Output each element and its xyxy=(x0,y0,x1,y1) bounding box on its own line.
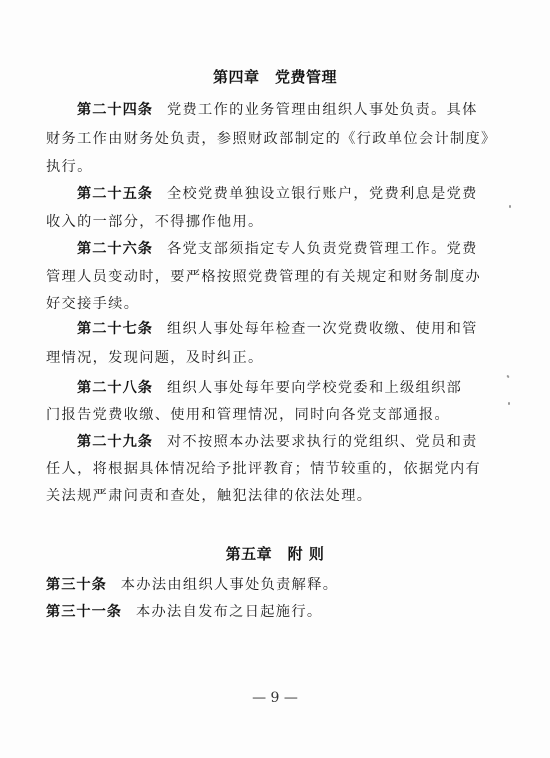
scan-speck xyxy=(508,402,510,405)
article-25: 第二十五条全校党费单独设立银行账户，党费利息是党费 xyxy=(77,183,478,203)
article-30: 第三十条本办法由组织人事处负责解释。 xyxy=(46,574,338,594)
article-27-line-2: 理情况，发现问题，及时纠正。 xyxy=(46,347,264,367)
article-label: 第二十九条 xyxy=(77,434,153,450)
article-24: 第二十四条党费工作的业务管理由组织人事处负责。具体 xyxy=(77,99,478,119)
article-29-line-3: 关法规严肃问责和查处，触犯法律的依法处理。 xyxy=(46,485,372,505)
article-24-line-2: 财务工作由财务处负责，参照财政部制定的《行政单位会计制度》 xyxy=(46,128,497,148)
document-page: 第四章 党费管理 第二十四条党费工作的业务管理由组织人事处负责。具体 财务工作由… xyxy=(0,0,550,758)
article-label: 第二十四条 xyxy=(77,102,153,118)
scan-speck xyxy=(509,205,511,208)
article-26-line-3: 好交接手续。 xyxy=(46,293,139,313)
scan-speck xyxy=(506,375,509,379)
article-24-line-3: 执行。 xyxy=(46,156,93,176)
article-28-line-2: 门报告党费收缴、使用和管理情况，同时向各党支部通报。 xyxy=(46,404,450,424)
article-25-line-2: 收入的一部分，不得挪作他用。 xyxy=(46,211,264,231)
article-29-line-2: 任人，将根据具体情况给予批评教育；情节较重的，依据党内有 xyxy=(46,458,481,478)
article-label: 第二十七条 xyxy=(77,321,153,337)
article-26-line-2: 管理人员变动时，要严格按照党费管理的有关规定和财务制度办 xyxy=(46,266,481,286)
article-31: 第三十一条本办法自发布之日起施行。 xyxy=(46,601,322,621)
article-28: 第二十八条组织人事处每年要向学校党委和上级组织部 xyxy=(77,377,462,397)
chapter-5-title: 第五章 附 则 xyxy=(0,543,550,564)
article-27: 第二十七条组织人事处每年检查一次党费收缴、使用和管 xyxy=(77,318,478,338)
article-label: 第二十六条 xyxy=(77,241,153,257)
article-label: 第二十五条 xyxy=(77,186,153,202)
page-number: — 9 — xyxy=(0,690,550,706)
chapter-4-title: 第四章 党费管理 xyxy=(0,66,550,87)
article-label: 第三十条 xyxy=(46,577,107,593)
article-label: 第二十八条 xyxy=(77,380,153,396)
article-26: 第二十六条各党支部须指定专人负责党费管理工作。党费 xyxy=(77,238,478,258)
article-label: 第三十一条 xyxy=(46,604,122,620)
article-29: 第二十九条对不按照本办法要求执行的党组织、党员和责 xyxy=(77,431,478,451)
